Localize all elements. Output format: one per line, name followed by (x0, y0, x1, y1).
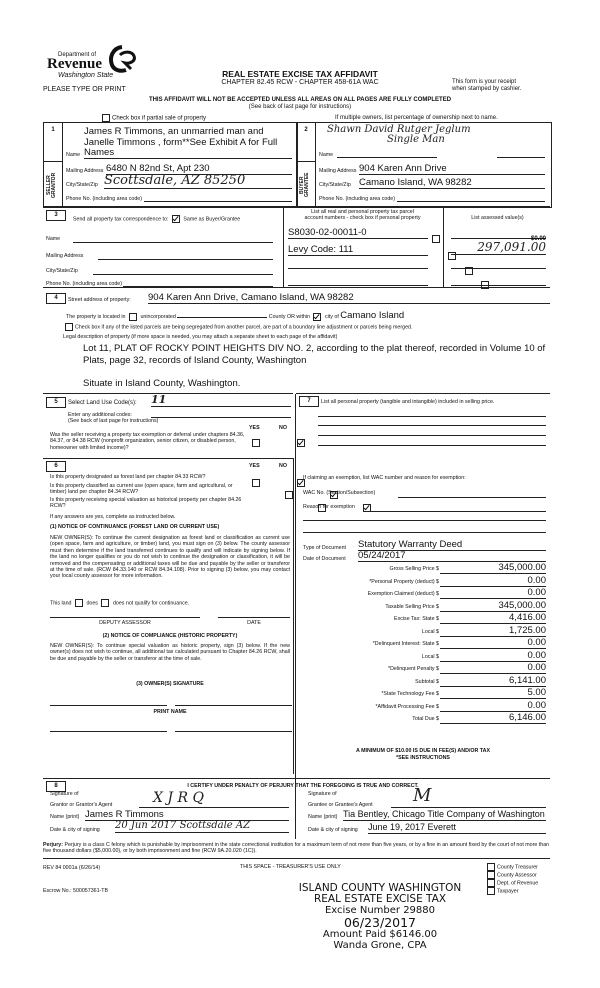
personal-property-line-2[interactable] (318, 425, 546, 426)
dor-swirl-icon (108, 45, 138, 73)
section-7-number: 7 (299, 396, 319, 407)
continuance-row: This land does does not qualify for cont… (50, 599, 189, 607)
amount-row: *Delinquent Interest: State $0.00 (296, 637, 550, 650)
amount-label: Local $ (296, 629, 439, 635)
notice-continuance-title: (1) NOTICE OF CONTINUANCE (FOREST LAND O… (50, 524, 219, 530)
county-treasurer-checkbox[interactable] (487, 863, 495, 871)
section-3: 3 Send all property tax correspondence t… (43, 206, 550, 288)
receipt-note: This form is your receipt when stamped b… (452, 79, 521, 93)
section-6-number: 6 (46, 461, 66, 472)
partial-sale-checkbox[interactable] (102, 114, 110, 122)
doc-type-label: Type of Document (303, 545, 346, 551)
corr-name-label: Name (46, 236, 60, 242)
grantor-signature-label: Signature of Grantor or Grantor's Agent (50, 791, 112, 809)
s5-no-header: NO (279, 425, 287, 431)
parcel-1-personal-checkbox[interactable] (432, 235, 440, 243)
segregated-checkbox[interactable] (65, 323, 73, 331)
grantor-signature[interactable]: X J R Q (153, 790, 204, 806)
logo-revenue: Revenue (47, 57, 102, 72)
section-7: 7 List all personal property (tangible a… (296, 393, 550, 774)
segregated-row: Check box if any of the listed parcels a… (63, 323, 553, 331)
seller-phone-label: Phone No. (including area code) (66, 196, 142, 202)
rev-number: REV 84 0001a (6/26/14) (43, 865, 100, 871)
grantor-date-field[interactable]: 20 Jun 2017 Scottsdale AZ (115, 819, 289, 833)
assessed-value-3[interactable] (451, 262, 546, 269)
copy-county-assessor: County Assessor (485, 871, 538, 879)
corr-name-field[interactable] (73, 236, 273, 243)
form-subtitle: CHAPTER 82.45 RCW - CHAPTER 458-61A WAC (180, 79, 420, 87)
grantee-name-label: Name (print) (308, 814, 337, 820)
dor-logo: Department of Revenue Washington State (40, 45, 140, 85)
see-back-note: (See back of last page for instructions) (200, 104, 400, 111)
reason-field[interactable] (371, 507, 546, 512)
seller-city-field[interactable]: Scottsdale, AZ 85250 (104, 174, 292, 189)
amount-label: Total Due $ (296, 716, 439, 722)
amount-label: Subtotal $ (296, 679, 439, 685)
amount-value[interactable]: 6,146.00 (440, 712, 546, 724)
amount-value[interactable]: 0.00 (440, 587, 546, 599)
please-type-or-print: PLEASE TYPE OR PRINT (43, 86, 126, 94)
same-as-buyer-checkbox[interactable] (172, 215, 180, 223)
buyer-mailing-label: Mailing Address (319, 168, 356, 174)
amount-value[interactable]: 5.00 (440, 687, 546, 699)
amount-value[interactable]: 0.00 (440, 637, 546, 649)
legal-description-line1[interactable]: Lot 11, PLAT OF ROCKY POINT HEIGHTS DIV … (83, 343, 545, 354)
deputy-assessor-signature-line[interactable] (50, 617, 200, 618)
section-1-seller: 1 SELLER GRANTOR James R Timmons, an unm… (43, 122, 298, 208)
amount-label: *State Technology Fee $ (296, 691, 439, 697)
buyer-city-field[interactable]: Camano Island, WA 98282 (359, 177, 545, 189)
land-use-field[interactable]: 11 (151, 394, 291, 407)
amount-value[interactable]: 4,416.00 (440, 612, 546, 624)
amount-value[interactable]: 0.00 (440, 650, 546, 662)
print-name-line-1[interactable] (50, 731, 167, 732)
exemption-question: Was the seller receiving a property tax … (50, 432, 245, 451)
forest-land-yes-checkbox[interactable] (252, 479, 260, 487)
owner-signature-line-2[interactable] (175, 705, 292, 706)
amount-value[interactable]: 6,141.00 (440, 675, 546, 687)
personal-property-line-4[interactable] (318, 445, 546, 446)
situate-text[interactable]: Situate in Island County, Washington. (83, 378, 240, 389)
assessed-header: List assessed value(s) (445, 215, 550, 221)
amount-label: *Affidavit Processing Fee $ (296, 704, 439, 710)
grantor-date-label: Date & city of signing (50, 827, 100, 833)
minimum-due-note: A MINIMUM OF $10.00 IS DUE IN FEE(S) AND… (296, 748, 550, 754)
amount-label: Exemption Claimed (deduct) $ (296, 591, 439, 597)
amount-label: Local $ (296, 654, 439, 660)
s5-yes-header: YES (249, 425, 260, 431)
corr-mailing-label: Mailing Address (46, 253, 83, 259)
escrow-number: Escrow No.: 500057361-TB (43, 888, 108, 894)
personal-property-line-3[interactable] (318, 435, 546, 436)
section-1-number: 1 (44, 127, 62, 134)
amount-value[interactable]: 345,000.00 (440, 600, 546, 612)
copy-taxpayer: Taxpayer (485, 887, 538, 895)
section-2-buyer: 2 BUYER GRANTEE Shawn David Rutger Jeglu… (296, 122, 552, 208)
notice-continuance-body: NEW OWNER(S): To continue the current de… (50, 535, 290, 580)
does-not-qualify-checkbox[interactable] (101, 599, 109, 607)
does-qualify-checkbox[interactable] (75, 599, 83, 607)
buyer-grantee-label: BUYER GRANTEE (300, 167, 312, 203)
correspondence-row: Send all property tax correspondence to:… (73, 215, 240, 223)
wac-label: WAC No. (Section/Subsection) (303, 490, 375, 496)
if-yes-note: If any answers are yes, complete as inst… (50, 514, 175, 520)
buyer-phone-field[interactable] (397, 193, 545, 202)
section-5: 5 Select Land Use Code(s): 11 Enter any … (43, 393, 293, 454)
additional-codes-note: (See back of last page for instructions) (68, 418, 158, 424)
grantee-date-field[interactable]: June 19, 2017 Everett (368, 822, 546, 834)
notice-compliance-title: (2) NOTICE OF COMPLIANCE (HISTORIC PROPE… (50, 633, 290, 639)
s6-no-header: NO (279, 463, 287, 469)
grantor-name-label: Name (print) (50, 814, 79, 820)
assessor-date-label: DATE (218, 620, 290, 626)
corr-phone-field[interactable] (123, 280, 273, 287)
amount-row: Exemption Claimed (deduct) $0.00 (296, 587, 550, 600)
treasurer-use-only: THIS SPACE - TREASURER'S USE ONLY (240, 864, 341, 870)
reason-field-line-2[interactable] (303, 520, 546, 521)
section-8: 8 I CERTIFY UNDER PENALTY OF PERJURY THA… (43, 778, 550, 839)
amount-row: Gross Selling Price $345,000.00 (296, 562, 550, 575)
grantee-signature-label: Signature of Grantee or Grantee's Agent (308, 791, 373, 809)
amount-value[interactable]: 0.00 (440, 575, 546, 587)
amount-row: *Affidavit Processing Fee $0.00 (296, 700, 550, 713)
assessed-value-4[interactable] (451, 279, 546, 286)
parcel-header: List all real and personal property tax … (285, 209, 440, 222)
street-address-field[interactable]: 904 Karen Ann Drive, Camano Island, WA 9… (148, 292, 550, 304)
amount-label: Taxable Selling Price $ (296, 604, 439, 610)
street-address-label: Street address of property: (68, 297, 131, 303)
s6-yes-header: YES (249, 463, 260, 469)
buyer-name-label: Name (319, 152, 333, 158)
grantee-date-label: Date & city of signing (308, 827, 358, 833)
corr-city-field[interactable] (93, 268, 273, 275)
amount-label: *Delinquent Interest: State $ (296, 641, 439, 647)
section-4-number: 4 (46, 293, 66, 304)
historic-question: Is this property receiving special valua… (50, 497, 245, 510)
personal-property-line-1[interactable] (318, 416, 546, 417)
county-assessor-checkbox[interactable] (487, 871, 495, 879)
owner-signature-title: (3) OWNER(S) SIGNATURE (50, 681, 290, 687)
corr-city-label: City/State/Zip (46, 268, 78, 274)
treasurer-stamp: ISLAND COUNTY WASHINGTON REAL ESTATE EXC… (285, 883, 475, 951)
current-use-question: Is this property classified as current u… (50, 483, 245, 496)
seller-phone-field[interactable] (144, 193, 292, 202)
deputy-assessor-label: DEPUTY ASSESSOR (50, 620, 200, 626)
corr-phone-label: Phone No. (including area code) (46, 281, 122, 287)
parcel-number-2[interactable]: Levy Code: 111 (288, 244, 428, 256)
seller-grantor-label: SELLER GRANTOR (47, 167, 59, 203)
city-of-field[interactable]: Camano Island (340, 310, 404, 321)
grantee-name-field[interactable]: Tia Bentley, Chicago Title Company of Wa… (343, 809, 546, 821)
amount-row: *Personal Property (deduct) $0.00 (296, 575, 550, 588)
copy-distribution: County Treasurer County Assessor Dept. o… (485, 863, 538, 895)
copy-county-treasurer: County Treasurer (485, 863, 538, 871)
dept-revenue-checkbox[interactable] (487, 879, 495, 887)
forest-land-question: Is this property designated as forest la… (50, 474, 245, 480)
amount-label: *Delinquent Penalty $ (296, 666, 439, 672)
county-field[interactable] (177, 312, 267, 318)
amount-value[interactable]: 1,725.00 (440, 625, 546, 637)
reason-field-line-3[interactable] (303, 532, 546, 533)
corr-mailing-field[interactable] (98, 253, 273, 260)
perjury-certification: I CERTIFY UNDER PENALTY OF PERJURY THAT … (103, 783, 503, 789)
parcel-number-1[interactable]: S8030-02-00011-0 (288, 227, 428, 239)
print-name-line-2[interactable] (175, 731, 292, 732)
assessed-value-2[interactable]: 297,091.00 (451, 240, 546, 255)
amount-label: *Personal Property (deduct) $ (296, 579, 439, 585)
exemption-intro: If claiming an exemption, list WAC numbe… (303, 475, 466, 481)
amount-row: Local $1,725.00 (296, 625, 550, 638)
amount-label: Gross Selling Price $ (296, 566, 439, 572)
reason-label: Reason for exemption (303, 504, 355, 510)
personal-property-label: List all personal property (tangible and… (321, 399, 494, 405)
section-3-number: 3 (46, 210, 66, 221)
exemption-yes-checkbox[interactable] (252, 439, 260, 447)
unincorporated-checkbox[interactable] (129, 313, 137, 321)
seller-name-line3[interactable]: Names (84, 147, 292, 159)
amount-row: Subtotal $6,141.00 (296, 675, 550, 688)
legal-description-label: Legal description of property (if more s… (63, 334, 337, 340)
perjury-notice: Perjury: Perjury is a class C felony whi… (43, 842, 553, 855)
amount-value[interactable]: 0.00 (440, 700, 546, 712)
amount-row: Total Due $6,146.00 (296, 712, 550, 725)
additional-codes-field[interactable] (151, 411, 291, 418)
buyer-city-label: City/State/Zip (319, 182, 351, 188)
doc-date-field[interactable]: 05/24/2017 (358, 550, 546, 562)
seller-name-label: Name (66, 152, 80, 158)
parcel-number-3[interactable] (288, 262, 428, 269)
buyer-phone-label: Phone No. (including area code) (319, 196, 395, 202)
grantee-signature[interactable]: M (413, 786, 431, 806)
owner-signature-line-1[interactable] (50, 705, 167, 706)
amount-row: Taxable Selling Price $345,000.00 (296, 600, 550, 613)
seller-mailing-label: Mailing Address (66, 168, 103, 174)
legal-description-line2[interactable]: Plats, page 32, records of Island County… (83, 355, 306, 366)
buyer-name-handwritten-2[interactable]: Single Man (387, 134, 445, 145)
seller-name-line1[interactable]: James R Timmons, an unmarried man and (84, 126, 264, 137)
city-of-checkbox[interactable] (313, 313, 321, 321)
amount-row: *State Technology Fee $5.00 (296, 687, 550, 700)
multiple-owners-note: If multiple owners, list percentage of o… (335, 115, 498, 122)
assessed-value-1[interactable]: $0.00 (451, 227, 546, 239)
form-title: REAL ESTATE EXCISE TAX AFFIDAVIT (190, 69, 410, 79)
notice-compliance-body: NEW OWNER(S): To continue special valuat… (50, 643, 290, 662)
amount-value[interactable]: 0.00 (440, 662, 546, 674)
section-2-number: 2 (297, 127, 315, 134)
amount-label: Excise Tax: State $ (296, 616, 439, 622)
amount-row: Excise Tax: State $4,416.00 (296, 612, 550, 625)
print-name-title: PRINT NAME (50, 709, 290, 715)
completion-warning: THIS AFFIDAVIT WILL NOT BE ACCEPTED UNLE… (80, 97, 520, 104)
amount-row: *Delinquent Penalty $0.00 (296, 662, 550, 675)
amount-value[interactable]: 345,000.00 (440, 562, 546, 574)
copy-dept-revenue: Dept. of Revenue (485, 879, 538, 887)
assessor-date-line[interactable] (218, 617, 290, 618)
see-instructions-note: *SEE INSTRUCTIONS (296, 755, 550, 761)
current-use-yes-checkbox[interactable] (285, 491, 293, 499)
seller-city-label: City/State/Zip (66, 182, 98, 188)
location-row: The property is located in unincorporate… (66, 310, 486, 321)
land-use-label: Select Land Use Code(s): (68, 400, 137, 407)
section-5-number: 5 (46, 397, 66, 408)
buyer-mailing-field[interactable]: 904 Karen Ann Drive (359, 163, 545, 175)
amount-row: Local $0.00 (296, 650, 550, 663)
wac-field[interactable] (398, 493, 546, 498)
taxpayer-checkbox[interactable] (487, 887, 495, 895)
section-6: 6 YES NO Is this property designated as … (43, 458, 294, 774)
parcel-number-4[interactable] (288, 279, 428, 286)
logo-washington-state: Washington State (58, 72, 113, 80)
